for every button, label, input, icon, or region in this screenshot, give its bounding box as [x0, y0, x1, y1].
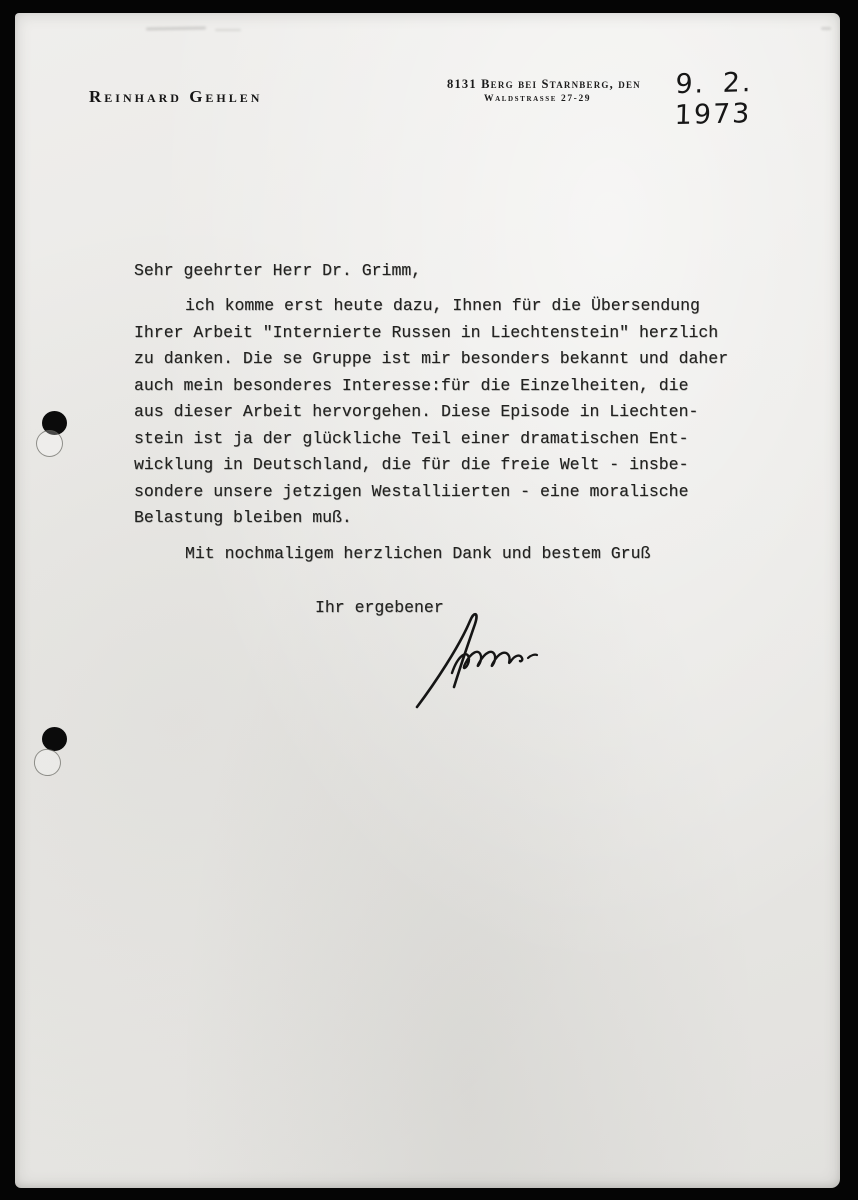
letterhead-address: 8131 Berg bei Starnberg, den Waldstrasse… — [447, 77, 641, 104]
paragraph-line: Ihrer Arbeit "Internierte Russen in Liec… — [134, 320, 774, 347]
letterhead-address-line1: 8131 Berg bei Starnberg, den — [447, 77, 641, 92]
scan-smudge — [215, 29, 241, 31]
punch-hole-outline-top — [36, 430, 63, 457]
scan-smudge — [146, 26, 206, 30]
paragraph-line: aus dieser Arbeit hervorgehen. Diese Epi… — [134, 399, 774, 426]
handwritten-date: 9. 2. 1973 — [674, 65, 841, 131]
paragraph-line: Belastung bleiben muß. — [134, 505, 774, 532]
paragraph-line: stein ist ja der glückliche Teil einer d… — [134, 426, 774, 453]
paragraph-line: auch mein besonderes Interesse:für die E… — [134, 373, 774, 400]
punch-hole-outline-bottom — [32, 747, 62, 777]
punch-hole-mark-bottom — [42, 727, 67, 751]
paragraph-line: ich komme erst heute dazu, Ihnen für die… — [134, 293, 774, 320]
paragraph-line: sondere unsere jetzigen Westalliierten -… — [134, 479, 774, 506]
closing-line: Mit nochmaligem herzlichen Dank und best… — [134, 544, 650, 563]
signoff-line: Ihr ergebener — [134, 598, 444, 617]
paragraph-line: wicklung in Deutschland, die für die fre… — [134, 452, 774, 479]
salutation: Sehr geehrter Herr Dr. Grimm, — [134, 261, 421, 280]
paragraph-line: zu danken. Die se Gruppe ist mir besonde… — [134, 346, 774, 373]
letter-paragraph: ich komme erst heute dazu, Ihnen für die… — [134, 293, 774, 532]
handwritten-signature — [409, 609, 559, 714]
letterhead-name: Reinhard Gehlen — [89, 87, 262, 107]
scan-frame: { "letterhead": { "name": "Reinhard Gehl… — [0, 0, 858, 1200]
scan-smudge — [821, 27, 831, 30]
letter-page: Reinhard Gehlen 8131 Berg bei Starnberg,… — [15, 13, 840, 1188]
letterhead-address-line2: Waldstrasse 27-29 — [484, 94, 641, 104]
